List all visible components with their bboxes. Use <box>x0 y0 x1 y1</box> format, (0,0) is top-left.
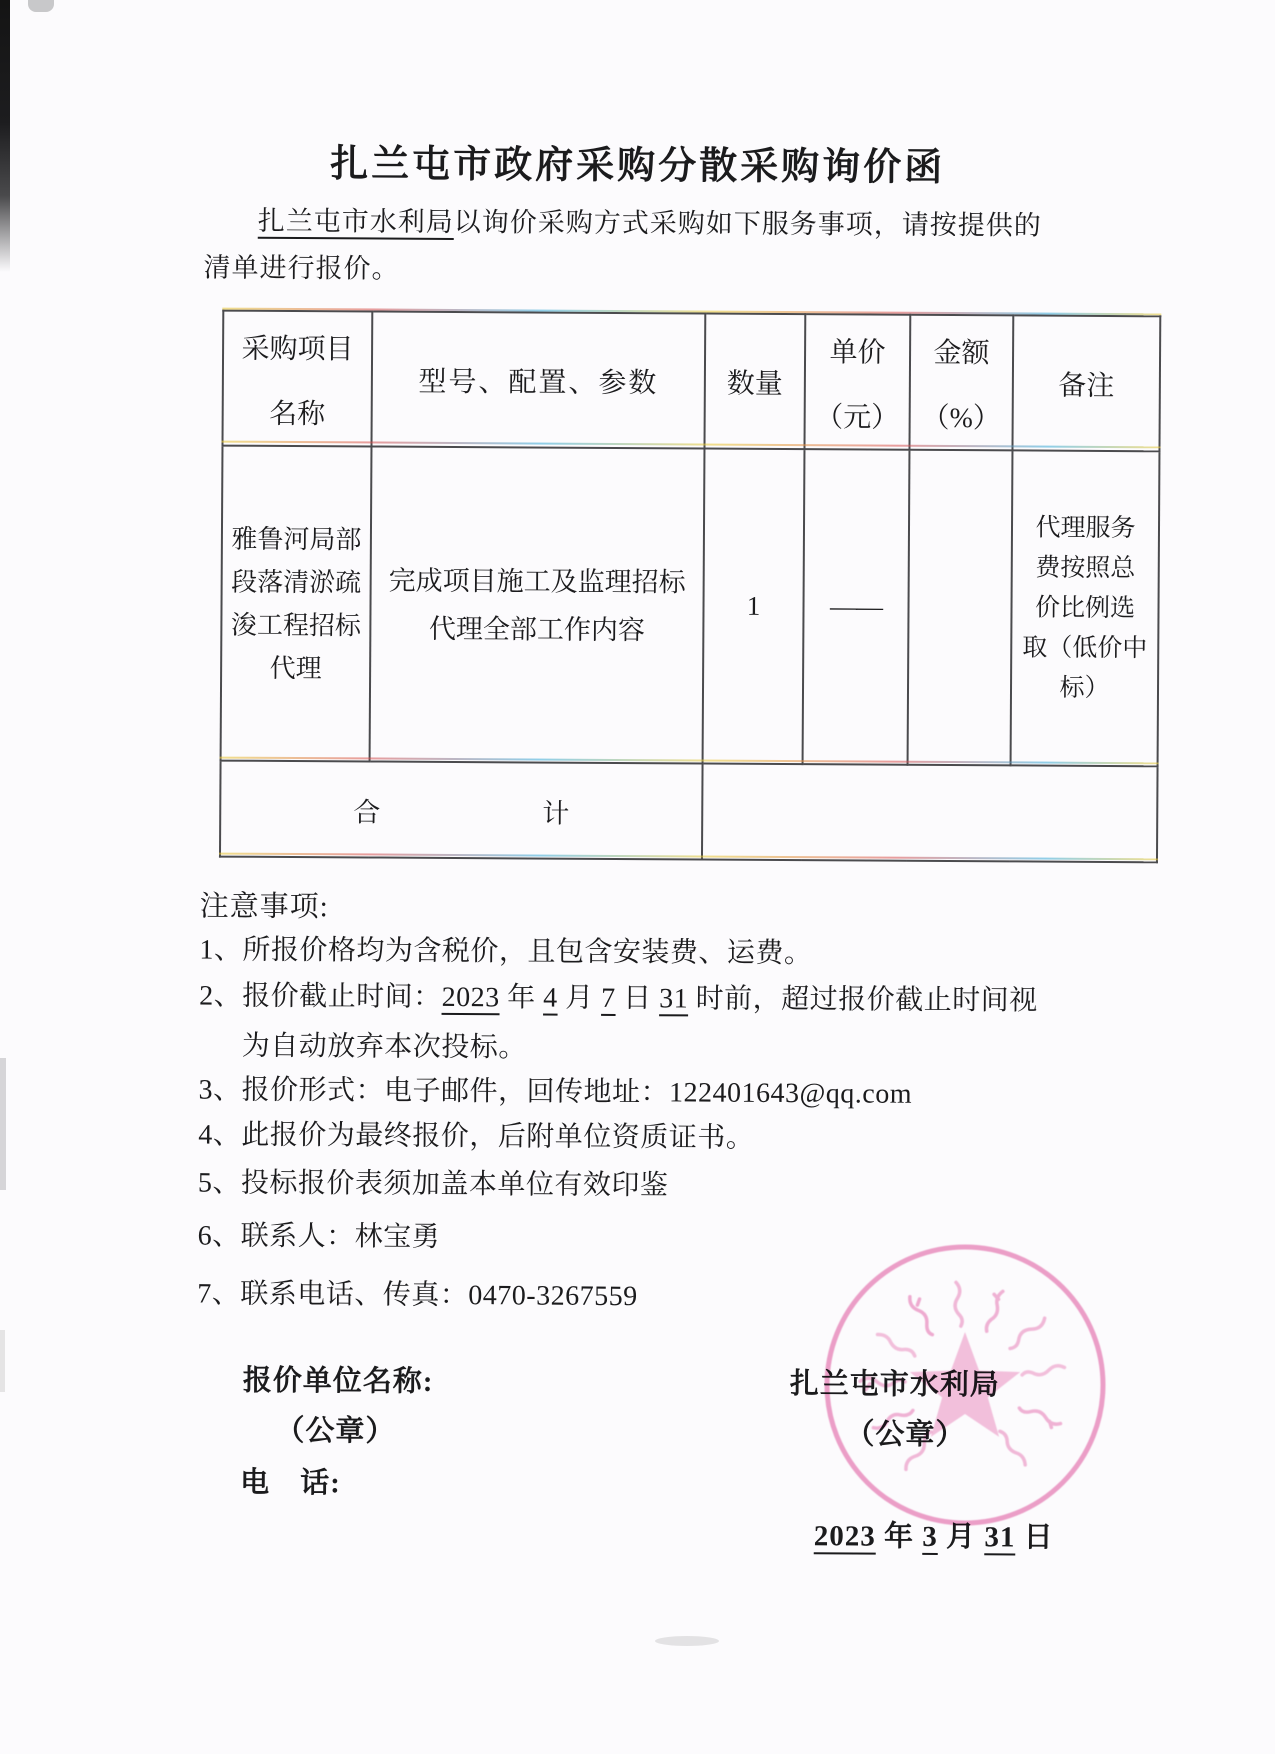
date-sep: 年 <box>876 1521 923 1553</box>
date-day: 31 <box>984 1521 1015 1553</box>
intro-text: 以询价采购方式采购如下服务事项，请按提供的 <box>454 207 1042 241</box>
intro-paragraph-line1: 扎兰屯市水利局以询价采购方式采购如下服务事项，请按提供的 <box>258 199 1042 243</box>
document-content: 扎兰屯市政府采购分散采购询价函 扎兰屯市水利局以询价采购方式采购如下服务事项，请… <box>0 0 1275 1754</box>
table-data-row: 雅鲁河局部 段落清淤疏 浚工程招标 代理 完成项目施工及监理招标 代理全部工作内… <box>221 446 1160 767</box>
header-amount-line2: （%） <box>921 396 1001 436</box>
date-sep: 月 <box>938 1521 985 1553</box>
intro-paragraph-line2: 清单进行报价。 <box>203 245 399 285</box>
deadline-suffix: 时前，超过报价截止时间视 <box>688 983 1038 1016</box>
note-item-6: 6、联系人：林宝勇 <box>198 1213 441 1254</box>
buyer-name-underlined: 扎兰屯市水利局 <box>258 206 454 237</box>
header-project-name-line2: 名称 <box>269 392 325 432</box>
note-item-2-line2: 为自动放弃本次投标。 <box>242 1024 527 1066</box>
cell-total-label: 合 计 <box>220 761 703 860</box>
cell-project-name: 雅鲁河局部 段落清淤疏 浚工程招标 代理 <box>221 446 372 762</box>
procurement-table: 采购项目 名称 型号、配置、参数 数量 单价 （元） 金额 （%） <box>219 310 1161 864</box>
deadline-prefix: 2、报价截止时间： <box>199 980 442 1012</box>
header-project-name: 采购项目 名称 <box>222 311 372 447</box>
date-sep: 日 <box>1015 1521 1053 1553</box>
header-unit-price: 单价 （元） <box>804 314 910 450</box>
phone-label: 电 话: <box>240 1460 341 1502</box>
note-item-2: 2、报价截止时间：2023 年 4 月 7 日 31 时前，超过报价截止时间视 <box>199 973 1038 1018</box>
header-quantity: 数量 <box>704 314 805 450</box>
table-header-row: 采购项目 名称 型号、配置、参数 数量 单价 （元） 金额 （%） <box>222 311 1160 452</box>
date-year: 2023 <box>814 1520 876 1552</box>
table-total-row: 合 计 <box>220 761 1158 863</box>
header-amount: 金额 （%） <box>909 315 1013 451</box>
deadline-day: 7 <box>601 983 616 1014</box>
issuer-seal-label: （公章） <box>845 1411 965 1453</box>
page-title: 扎兰屯市政府采购分散采购询价函 <box>0 130 1275 193</box>
bidder-name-label: 报价单位名称: <box>243 1358 434 1400</box>
deadline-hour: 31 <box>659 983 688 1014</box>
deadline-month: 4 <box>543 983 558 1014</box>
cell-unit-price: —— <box>803 449 910 765</box>
issuer-name: 扎兰屯市水利局 <box>790 1361 1000 1403</box>
cell-amount <box>908 450 1013 766</box>
header-spec: 型号、配置、参数 <box>371 311 705 448</box>
project-name-text: 雅鲁河局部 段落清淤疏 浚工程招标 代理 <box>222 517 370 690</box>
note-item-5: 5、投标报价表须加盖本单位有效印鉴 <box>198 1160 669 1203</box>
note-item-4: 4、此报价为最终报价，后附单位资质证书。 <box>198 1112 754 1155</box>
date-month: 3 <box>922 1521 938 1553</box>
cell-total-value <box>702 764 1158 863</box>
deadline-year: 2023 <box>442 982 500 1013</box>
cell-spec: 完成项目施工及监理招标 代理全部工作内容 <box>370 446 705 763</box>
notes-heading: 注意事项: <box>200 883 329 925</box>
deadline-sep: 年 <box>500 982 544 1013</box>
note-item-1: 1、所报价格均为含税价，且包含安装费、运费。 <box>199 927 812 971</box>
deadline-sep: 月 <box>558 983 602 1014</box>
document-page: 扎兰屯市政府采购分散采购询价函 扎兰屯市水利局以询价采购方式采购如下服务事项，请… <box>0 0 1275 1754</box>
cell-quantity: 1 <box>703 449 805 765</box>
note-item-3: 3、报价形式：电子邮件，回传地址：122401643@qq.com <box>198 1067 912 1111</box>
header-unit-price-line2: （元） <box>815 395 899 436</box>
note-item-7: 7、联系电话、传真：0470-3267559 <box>197 1271 638 1314</box>
header-unit-price-line1: 单价 <box>829 330 885 370</box>
deadline-sep: 日 <box>616 983 660 1014</box>
bidder-seal-label: （公章） <box>275 1408 395 1450</box>
cell-remark: 代理服务 费按照总 价比例选 取（低价中 标） <box>1011 450 1160 766</box>
spec-text: 完成项目施工及监理招标 代理全部工作内容 <box>371 556 703 654</box>
header-remark: 备注 <box>1012 315 1160 451</box>
remark-text: 代理服务 费按照总 价比例选 取（低价中 标） <box>1012 508 1158 709</box>
header-project-name-line1: 采购项目 <box>241 327 353 368</box>
issue-date: 2023 年 3 月 31 日 <box>814 1513 1054 1555</box>
header-amount-line1: 金额 <box>933 331 989 371</box>
